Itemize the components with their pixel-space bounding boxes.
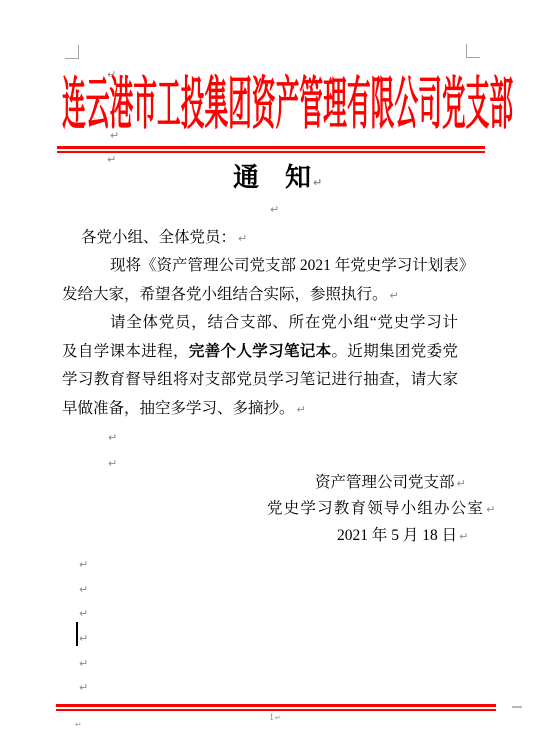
- letterhead-title[interactable]: 连云港市工投集团资产管理有限公司党支部: [62, 74, 513, 136]
- body-line[interactable]: 现将《资产管理公司党支部 2021 年党史学习计划表》: [62, 252, 458, 280]
- body-paragraphs[interactable]: 各党小组、全体党员：↵现将《资产管理公司党支部 2021 年党史学习计划表》发给…: [62, 224, 458, 423]
- paragraph-mark-icon: ↵: [79, 583, 88, 596]
- notice-title[interactable]: 通 知↵: [233, 163, 322, 197]
- empty-paragraph-row: ↵: [79, 651, 88, 676]
- body-text-bold: 完善个人学习笔记本: [189, 343, 332, 360]
- paragraph-mark-icon: ↵: [238, 232, 247, 245]
- paragraph-mark-icon: ↵: [275, 714, 281, 722]
- page-number: 1↵: [0, 712, 550, 723]
- empty-paragraph-row: ↵: [79, 577, 88, 602]
- letterhead-rule-thick: [57, 146, 485, 149]
- body-line[interactable]: 发给大家，希望各党小组结合实际，参照执行。↵: [62, 281, 458, 309]
- body-line[interactable]: 学习教育督导组将对支部党员学习笔记进行抽查，请大家提: [62, 366, 458, 394]
- body-line[interactable]: 及自学课本进程，完善个人学习笔记本。近期集团党委党史: [62, 338, 458, 366]
- body-line[interactable]: 早做准备，抽空多学习、多摘抄。↵: [62, 395, 458, 423]
- body-text: 早做准备，抽空多学习、多摘抄。: [62, 400, 295, 417]
- paragraph-mark-icon: ↵: [108, 457, 117, 470]
- letterhead-rule-thin: [57, 151, 485, 153]
- empty-paragraph-marks: ↵↵↵↵↵↵: [79, 552, 88, 700]
- body-text: 现将《资产管理公司党支部 2021 年党史学习计划表》: [110, 257, 474, 274]
- paragraph-mark-icon: ↵: [313, 176, 322, 189]
- body-text: 学习教育督导组将对支部党员学习笔记进行抽查，请大家提: [62, 371, 458, 394]
- notice-title-text: 通 知: [233, 163, 311, 192]
- paragraph-mark-icon: ↵: [297, 403, 306, 416]
- paragraph-mark-icon: ↵: [108, 431, 117, 444]
- margin-corner-mark-right: [466, 44, 480, 58]
- body-text: 各党小组、全体党员：: [81, 229, 236, 246]
- paragraph-mark-icon: ↵: [79, 632, 88, 645]
- paragraph-mark-icon: ↵: [107, 154, 116, 165]
- empty-paragraph-row: ↵: [108, 424, 117, 450]
- margin-corner-mark-left: [65, 45, 79, 59]
- signature-date-text: 2021 年 5 月 18 日: [337, 527, 457, 544]
- footer-boundary-mark: [512, 706, 522, 708]
- paragraph-mark-icon: ↵: [79, 657, 88, 670]
- empty-paragraph-row: ↵: [108, 450, 117, 476]
- empty-paragraph-marks: ↵↵: [108, 424, 117, 476]
- paragraph-mark-icon: ↵: [75, 721, 82, 729]
- signature-org-text: 资产管理公司党支部: [315, 474, 455, 491]
- empty-paragraph-row: ↵: [79, 626, 88, 651]
- paragraph-mark-icon: ↵: [79, 607, 88, 620]
- body-text: 请全体党员，结合支部、所在党小组“党史学习计划”: [110, 314, 458, 337]
- paragraph-mark-icon: ↵: [457, 477, 466, 490]
- empty-paragraph-row: ↵: [79, 675, 88, 700]
- signature-org-line[interactable]: 资产管理公司党支部↵: [315, 474, 466, 492]
- body-line[interactable]: 请全体党员，结合支部、所在党小组“党史学习计划”: [62, 309, 458, 337]
- page-number-text: 1: [269, 712, 274, 722]
- paragraph-mark-icon: ↵: [390, 289, 399, 302]
- footer-rule-thick: [56, 704, 496, 707]
- empty-paragraph-row: ↵: [79, 552, 88, 577]
- text-cursor: [76, 622, 78, 646]
- body-text: 及自学课本进程，: [62, 343, 189, 360]
- document-page: ↵ ↵ ↵ 连云港市工投集团资产管理有限公司党支部 通 知↵ ↵ 各党小组、全体…: [0, 0, 550, 738]
- body-text: 发给大家，希望各党小组结合实际，参照执行。: [62, 286, 388, 303]
- signature-office-text: 党史学习教育领导小组办公室: [267, 500, 484, 517]
- signature-date-line[interactable]: 2021 年 5 月 18 日↵: [337, 527, 468, 545]
- paragraph-mark-icon: ↵: [486, 503, 495, 516]
- paragraph-mark-icon: ↵: [79, 681, 88, 694]
- signature-office-line[interactable]: 党史学习教育领导小组办公室↵: [267, 500, 495, 518]
- paragraph-mark-icon: ↵: [459, 530, 468, 543]
- empty-paragraph-row: ↵: [79, 601, 88, 626]
- paragraph-mark-icon: ↵: [270, 204, 279, 215]
- footer-rule-thin: [56, 709, 496, 711]
- paragraph-mark-icon: ↵: [79, 558, 88, 571]
- body-line[interactable]: 各党小组、全体党员：↵: [62, 224, 458, 252]
